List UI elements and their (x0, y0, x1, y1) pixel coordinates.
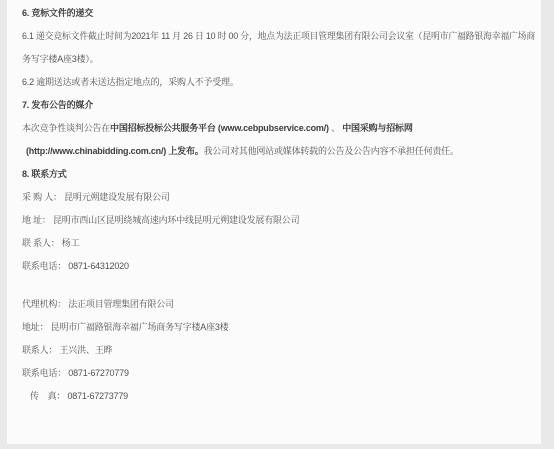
content-area: 6. 竞标文件的递交6.1 递交竞标文件截止时间为2021年 11 月 26 日… (7, 0, 541, 444)
text-line: 8. 联系方式 (22, 168, 535, 180)
text-segment: 务写字楼A座3楼）。 (22, 54, 99, 64)
text-segment: 代理机构： 法正项目管理集团有限公司 (22, 299, 174, 309)
text-segment: 地址： 昆明市广福路银海幸福广场商务写字楼A座3楼 (22, 322, 229, 332)
text-segment-bold: 中国采购与招标网 (342, 123, 412, 133)
text-segment: 联系电话： 0871-67270779 (22, 368, 129, 378)
text-line: 本次竞争性谈判公告在中国招标投标公共服务平台 (www.cebpubservic… (22, 122, 535, 134)
text-line: 务写字楼A座3楼）。 (22, 53, 535, 65)
document-body: 6. 竞标文件的递交6.1 递交竞标文件截止时间为2021年 11 月 26 日… (7, 0, 541, 402)
text-segment: 联系人： 王兴洪、王晔 (22, 345, 112, 355)
text-line: 6. 竞标文件的递交 (22, 7, 535, 19)
text-line: 联系电话： 0871-67270779 (22, 367, 535, 379)
text-segment-bold: (http://www.chinabidding.com.cn/) 上发布。 (26, 146, 204, 156)
text-segment: 联系电话： 0871-64312020 (22, 261, 129, 271)
text-line: 6.1 递交竞标文件截止时间为2021年 11 月 26 日 10 时 00 分… (22, 30, 527, 42)
text-segment-bold: 6. 竞标文件的递交 (22, 8, 93, 18)
text-line: (http://www.chinabidding.com.cn/) 上发布。我公… (22, 145, 535, 157)
text-segment: 6.1 递交竞标文件截止时间为2021年 11 月 26 日 10 时 00 分… (22, 31, 535, 41)
text-line: 传 真： 0871-67273779 (22, 390, 535, 402)
text-line: 联 系人： 杨工 (22, 237, 535, 249)
text-segment: 联 系人： 杨工 (22, 238, 79, 248)
text-segment: 6.2 逾期送达或者未送达指定地点的，采购人不予受理。 (22, 77, 239, 87)
page-background: 6. 竞标文件的递交6.1 递交竞标文件截止时间为2021年 11 月 26 日… (0, 0, 554, 449)
text-segment: 、 (331, 123, 342, 133)
text-segment: 本次竞争性谈判公告在 (22, 123, 110, 133)
text-segment: 采 购 人： 昆明元朔建设发展有限公司 (22, 192, 170, 202)
text-line: 地址： 昆明市广福路银海幸福广场商务写字楼A座3楼 (22, 321, 535, 333)
text-segment: 传 真： 0871-67273779 (30, 391, 128, 401)
text-segment: 我公司对其他网站或媒体转载的公告及公告内容不承担任何责任。 (204, 146, 459, 156)
text-line: 代理机构： 法正项目管理集团有限公司 (22, 298, 535, 310)
text-line: 7. 发布公告的媒介 (22, 99, 535, 111)
text-line: 采 购 人： 昆明元朔建设发展有限公司 (22, 191, 535, 203)
text-line: 地 址： 昆明市西山区昆明绕城高速内环中线昆明元朔建设发展有限公司 (22, 214, 535, 226)
text-segment-bold: 7. 发布公告的媒介 (22, 100, 93, 110)
text-line: 联系人： 王兴洪、王晔 (22, 344, 535, 356)
text-line: 6.2 逾期送达或者未送达指定地点的，采购人不予受理。 (22, 76, 535, 88)
text-segment-bold: 中国招标投标公共服务平台 (www.cebpubservice.com/) (110, 123, 331, 133)
text-segment: 地 址： 昆明市西山区昆明绕城高速内环中线昆明元朔建设发展有限公司 (22, 215, 299, 225)
text-line: 联系电话： 0871-64312020 (22, 260, 535, 272)
text-segment-bold: 8. 联系方式 (22, 169, 67, 179)
